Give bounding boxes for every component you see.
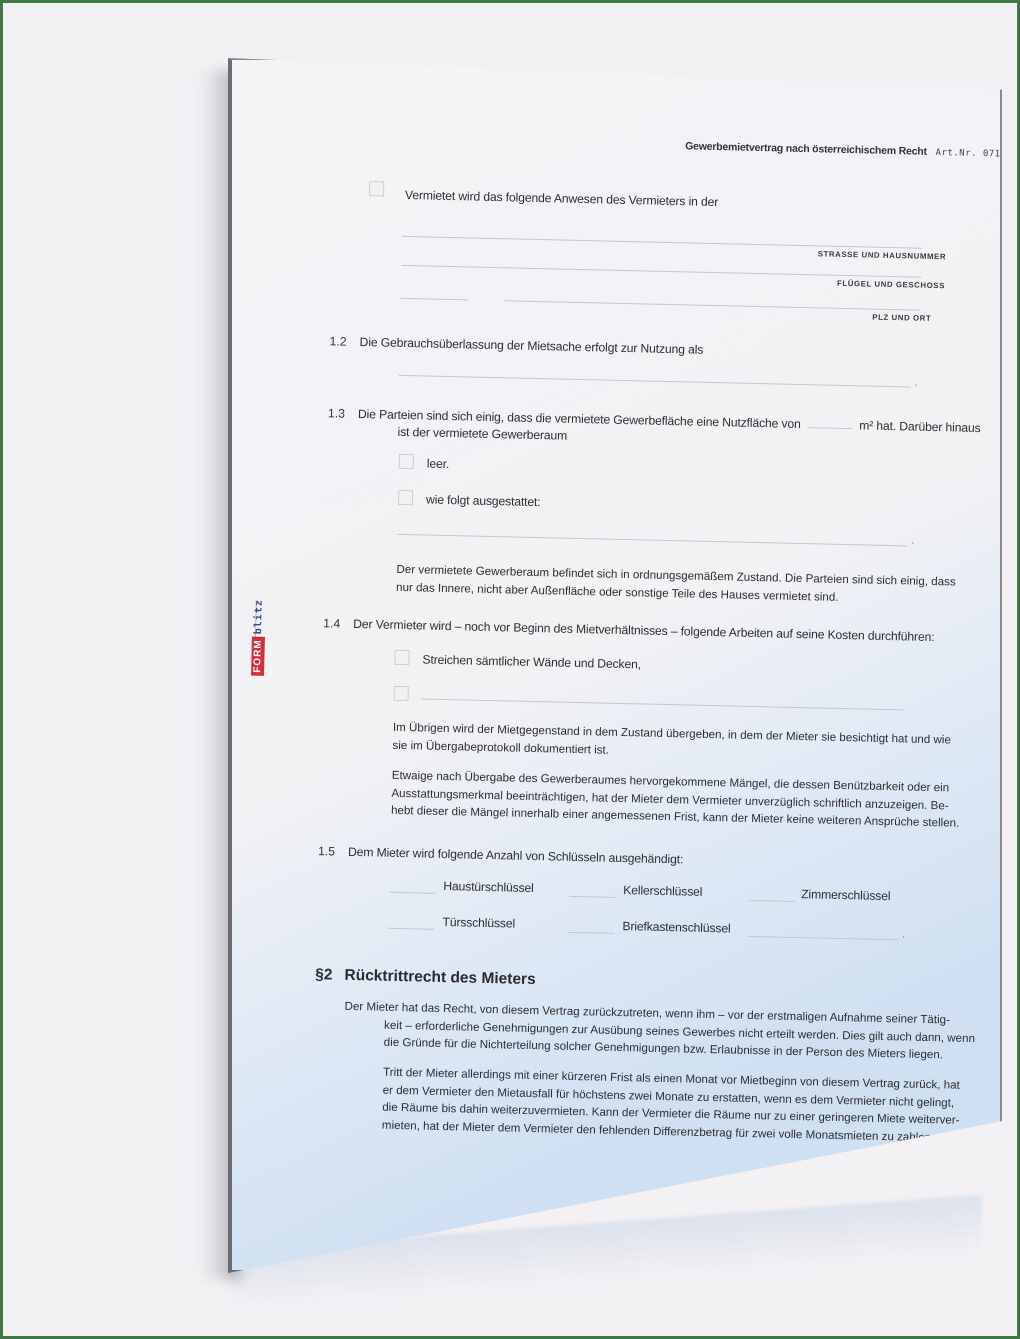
- logo-blitz: blitz: [252, 597, 266, 636]
- option-painting: Streichen sämtlicher Wände und Decken,: [422, 652, 641, 671]
- section-number: §2: [315, 966, 333, 983]
- zip-field[interactable]: [401, 298, 469, 301]
- city-field[interactable]: [505, 300, 921, 310]
- checkbox-empty[interactable]: [399, 454, 414, 469]
- intro-text: Vermietet wird das folgende Anwesen des …: [405, 188, 718, 209]
- clause-1-3-number: 1.3: [328, 406, 345, 420]
- page-number: Seite 2/10: [847, 1150, 903, 1161]
- checkbox-equipped[interactable]: [398, 490, 413, 505]
- key-count-field[interactable]: [388, 928, 434, 930]
- withdrawal-paragraph-1: Der Mieter hat das Recht, von diesem Ver…: [344, 998, 976, 1065]
- checkbox-painting[interactable]: [394, 650, 409, 665]
- checkbox-property[interactable]: [369, 181, 384, 196]
- wing-floor-field[interactable]: [401, 265, 921, 278]
- clause-1-5-text: Dem Mieter wird folgende Anzahl von Schl…: [348, 845, 683, 867]
- key-label: Briefkastenschlüssel: [622, 919, 730, 935]
- key-label: Zimmerschlüssel: [801, 887, 890, 903]
- checkbox-other-work[interactable]: [394, 686, 409, 701]
- clause-1-3-line2: ist der vermietete Gewerberaum: [397, 425, 567, 443]
- option-empty: leer.: [427, 457, 450, 472]
- document-page: Gewerbemietvertrag nach österreichischem…: [228, 58, 1002, 1273]
- key-label: Haustürschlüssel: [443, 879, 534, 895]
- clause-1-2-number: 1.2: [329, 334, 346, 348]
- clause-1-5-number: 1.5: [318, 844, 335, 858]
- key-count-field[interactable]: [389, 892, 435, 894]
- key-count-field[interactable]: [569, 896, 615, 898]
- period: .: [911, 536, 914, 547]
- clause-1-2-text: Die Gebrauchsüberlassung der Mietsache e…: [359, 335, 703, 357]
- document-header: Gewerbemietvertrag nach österreichischem…: [685, 140, 1002, 159]
- withdrawal-paragraph-2: Tritt der Mieter allerdings mit einer kü…: [382, 1064, 961, 1147]
- clause-1-3-post: m² hat. Darüber hinaus: [859, 418, 981, 435]
- defects-paragraph: Etwaige nach Übergabe des Gewerberaumes …: [391, 767, 960, 832]
- street-field[interactable]: [402, 236, 922, 249]
- formblitz-logo: FORMblitz: [251, 597, 266, 676]
- key-count-field[interactable]: [749, 900, 795, 902]
- key-count-field[interactable]: [568, 932, 614, 934]
- article-number: Art.Nr. 07170: [935, 148, 1002, 160]
- key-label: Kellerschlüssel: [623, 883, 702, 899]
- street-caption: STRASSE UND HAUSNUMMER: [818, 249, 947, 261]
- period: .: [902, 929, 905, 940]
- wing-floor-caption: FLÜGEL UND GESCHOSS: [837, 279, 945, 290]
- equipment-field[interactable]: [397, 534, 907, 547]
- section-title: Rücktrittrecht des Mieters: [344, 967, 536, 988]
- page-content: Gewerbemietvertrag nach österreichischem…: [228, 60, 1000, 1273]
- logo-form: FORM: [251, 636, 265, 676]
- area-field[interactable]: [808, 427, 852, 429]
- usage-field[interactable]: [399, 375, 911, 388]
- condition-paragraph: Der vermietete Gewerberaum befindet sich…: [396, 561, 956, 609]
- handover-paragraph: Im Übrigen wird der Mietgegenstand in de…: [392, 719, 951, 767]
- document-title: Gewerbemietvertrag nach österreichischem…: [685, 140, 927, 157]
- clause-1-4-number: 1.4: [323, 616, 340, 630]
- clause-1-4-text: Der Vermieter wird – noch vor Beginn des…: [353, 617, 934, 644]
- section-2-heading: §2Rücktrittrecht des Mieters: [315, 966, 536, 989]
- key-label: Türsschlüssel: [442, 915, 515, 931]
- other-key-field[interactable]: [748, 936, 898, 940]
- other-work-field[interactable]: [422, 698, 904, 710]
- zip-city-caption: PLZ UND ORT: [872, 313, 931, 323]
- period: .: [915, 378, 918, 389]
- option-equipped: wie folgt ausgestattet:: [426, 493, 541, 510]
